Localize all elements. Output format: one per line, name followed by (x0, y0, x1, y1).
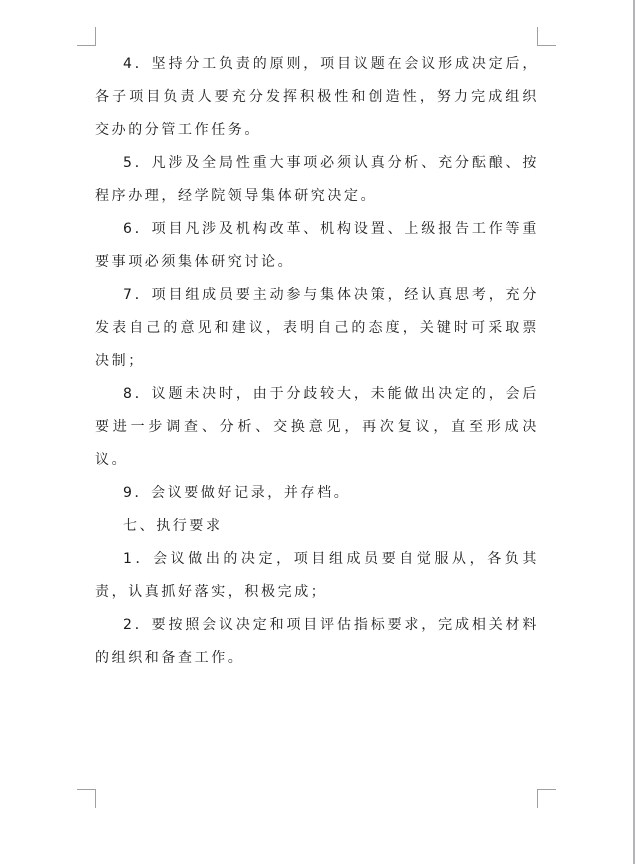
paragraph-item-7: 7．项目组成员要主动参与集体决策，经认真思考，充分发表自己的意见和建议，表明自己… (95, 279, 539, 378)
paragraph-item-6: 6．项目凡涉及机构改革、机构设置、上级报告工作等重要事项必须集体研究讨论。 (95, 213, 539, 279)
document-page: 4．坚持分工负责的原则，项目议题在会议形成决定后，各子项目负责人要充分发挥积极性… (0, 0, 633, 864)
margin-corner-mark-top-right (537, 27, 556, 46)
paragraph-requirement-1: 1．会议做出的决定，项目组成员要自觉服从，各负其责，认真抓好落实，积极完成； (95, 543, 539, 609)
paragraph-requirement-2: 2．要按照会议决定和项目评估指标要求，完成相关材料的组织和备查工作。 (95, 609, 539, 675)
margin-corner-mark-bottom-left (77, 789, 96, 808)
paragraph-item-5: 5．凡涉及全局性重大事项必须认真分析、充分酝酿、按程序办理，经学院领导集体研究决… (95, 147, 539, 213)
margin-corner-mark-top-left (77, 27, 96, 46)
document-body[interactable]: 4．坚持分工负责的原则，项目议题在会议形成决定后，各子项目负责人要充分发挥积极性… (95, 48, 539, 675)
section-heading-execution-requirements: 七、执行要求 (95, 510, 539, 543)
paragraph-item-8: 8．议题未决时，由于分歧较大，未能做出决定的，会后要进一步调查、分析、交换意见，… (95, 378, 539, 477)
margin-corner-mark-bottom-right (537, 789, 556, 808)
paragraph-item-9: 9．会议要做好记录，并存档。 (95, 477, 539, 510)
paragraph-item-4: 4．坚持分工负责的原则，项目议题在会议形成决定后，各子项目负责人要充分发挥积极性… (95, 48, 539, 147)
